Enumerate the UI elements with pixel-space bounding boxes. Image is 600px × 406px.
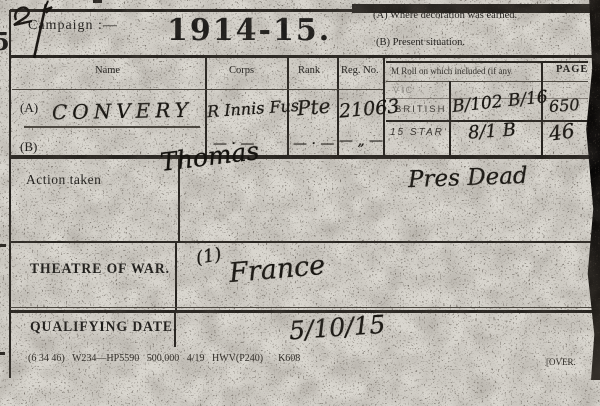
medal-box-header-bottom <box>386 81 588 82</box>
note-b: (B) Present situation. <box>376 37 465 48</box>
theatre-entry: France <box>228 250 327 289</box>
star-page-entry: 46 <box>547 118 576 145</box>
page-header: PAGE <box>556 64 588 75</box>
theatre-number-entry: (1) <box>194 244 223 269</box>
theatre-bottom-rule-soft <box>10 307 598 308</box>
medal-divider-roll <box>449 81 451 157</box>
medal-row-victory: VIC <box>393 85 414 95</box>
british-roll-entry: B/102 B/16 <box>451 87 549 117</box>
theatre-divider <box>175 243 177 310</box>
header-bottom-rule <box>10 55 598 58</box>
qualifying-date-label: QUALIFYING DATE. <box>30 319 177 336</box>
footer-over-label: [OVER. <box>546 357 576 367</box>
left-edge-tick-1 <box>0 244 6 247</box>
action-bottom-rule <box>10 241 598 243</box>
top-edge-tick <box>93 0 102 3</box>
ditto-reg-no: — „ — <box>339 133 383 149</box>
first-name-entry: Thomas <box>159 136 261 177</box>
action-taken-label: Action taken <box>26 172 101 188</box>
medal-index-card: Campaign :— 1914-15. (A) Where decoratio… <box>0 0 600 406</box>
table-header-underline <box>12 89 383 90</box>
col-header-rank: Rank <box>298 65 320 76</box>
qualifying-date-entry: 5/10/15 <box>288 310 386 346</box>
theatre-of-war-label: THEATRE OF WAR. <box>30 261 170 278</box>
reg-no-entry: 21063 <box>338 95 400 122</box>
action-taken-entry: Pres Dead <box>408 163 529 193</box>
col-header-name: Name <box>95 65 120 76</box>
col-header-reg-no: Reg. No. <box>341 65 379 76</box>
rank-entry: Pte <box>296 94 331 121</box>
medal-row-british: BRITISH <box>395 104 446 115</box>
footer-print-code: (6 34 46) W234—HP5590 500,000 4/19 HWV(P… <box>28 353 300 364</box>
medal-divider-page <box>541 62 543 157</box>
left-edge-tick-2 <box>0 352 5 355</box>
row-b-bottom-rule <box>10 155 598 159</box>
british-page-entry: 650 <box>548 95 580 116</box>
medal-roll-header: M Roll on which included (if any <box>391 66 511 76</box>
pencil-corner-mark-icon <box>8 0 78 62</box>
row-b-label: (B) <box>20 139 37 155</box>
star-roll-entry: 8/1 B <box>467 119 516 143</box>
surname-entry: CONVERY <box>52 98 193 124</box>
card-left-border <box>9 10 11 378</box>
ditto-rank: — · — <box>293 136 334 152</box>
row-a-underline <box>24 126 200 128</box>
row-a-label: (A) <box>20 100 38 116</box>
medal-box-top <box>386 61 588 63</box>
note-a: (A) Where decoration was earned. <box>373 10 517 21</box>
medal-row-star: 15 STAR <box>390 127 444 138</box>
corps-entry: R Innis Fus <box>206 96 299 121</box>
theatre-bottom-rule <box>10 310 598 313</box>
campaign-title: 1914-15. <box>167 13 331 48</box>
col-header-corps: Corps <box>229 65 254 76</box>
